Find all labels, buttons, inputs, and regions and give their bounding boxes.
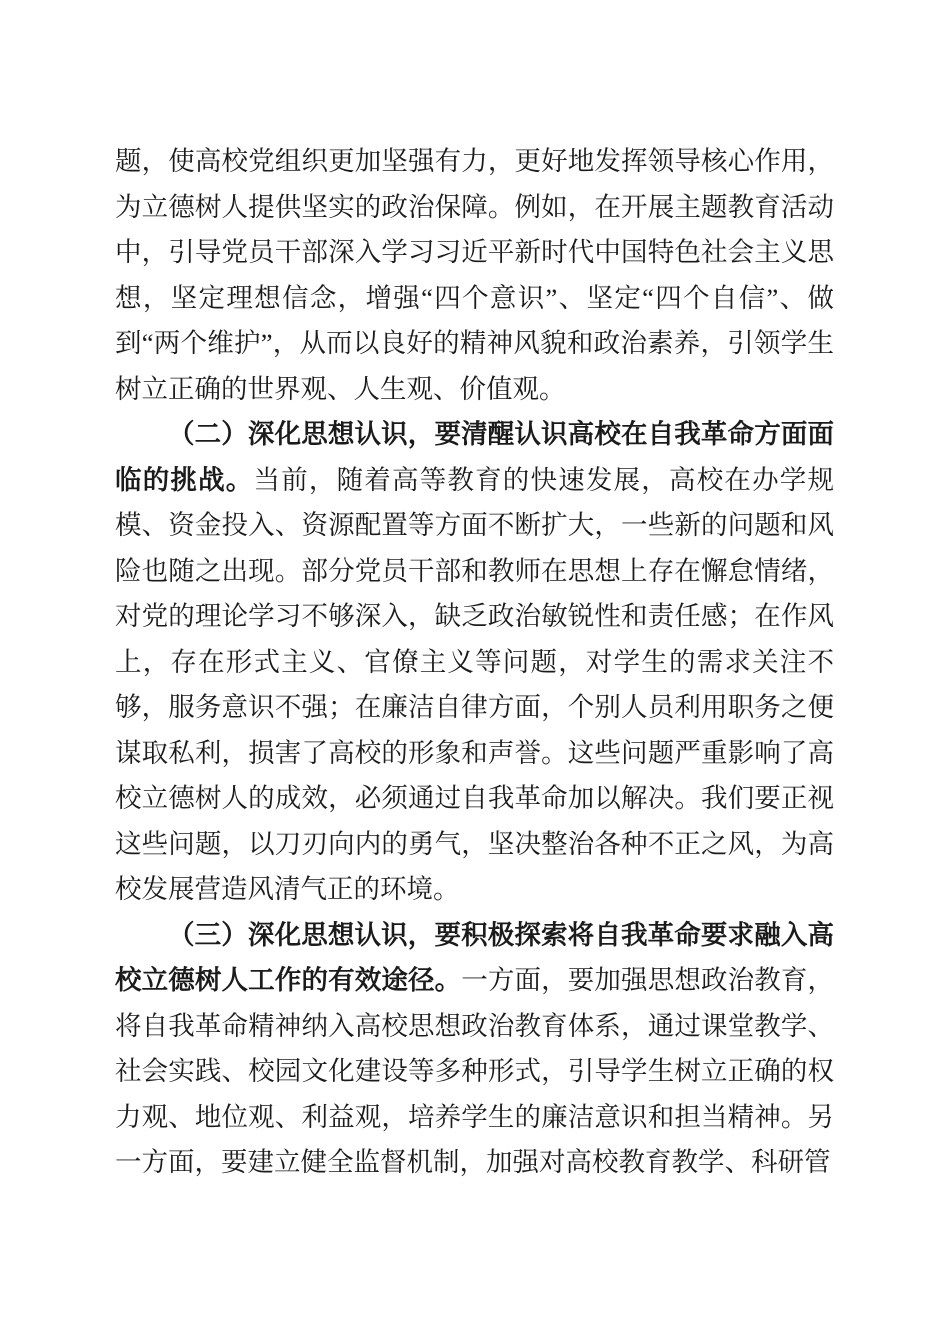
paragraph-body-text: 一方面，要加强思想政治教育，将自我革命精神纳入高校思想政治教育体系，通过课堂教学… xyxy=(115,965,834,1177)
document-body: 题，使高校党组织更加坚强有力，更好地发挥领导核心作用，为立德树人提供坚实的政治保… xyxy=(115,139,834,1186)
paragraph-section-3: （三）深化思想认识，要积极探索将自我革命要求融入高校立德树人工作的有效途径。一方… xyxy=(115,913,834,1186)
paragraph-continuation: 题，使高校党组织更加坚强有力，更好地发挥领导核心作用，为立德树人提供坚实的政治保… xyxy=(115,139,834,412)
paragraph-body-text: 题，使高校党组织更加坚强有力，更好地发挥领导核心作用，为立德树人提供坚实的政治保… xyxy=(115,146,834,404)
paragraph-body-text: 当前，随着高等教育的快速发展，高校在办学规模、资金投入、资源配置等方面不断扩大，… xyxy=(115,465,834,905)
document-page: 题，使高校党组织更加坚强有力，更好地发挥领导核心作用，为立德树人提供坚实的政治保… xyxy=(0,0,950,1344)
paragraph-section-2: （二）深化思想认识，要清醒认识高校在自我革命方面面临的挑战。当前，随着高等教育的… xyxy=(115,412,834,913)
